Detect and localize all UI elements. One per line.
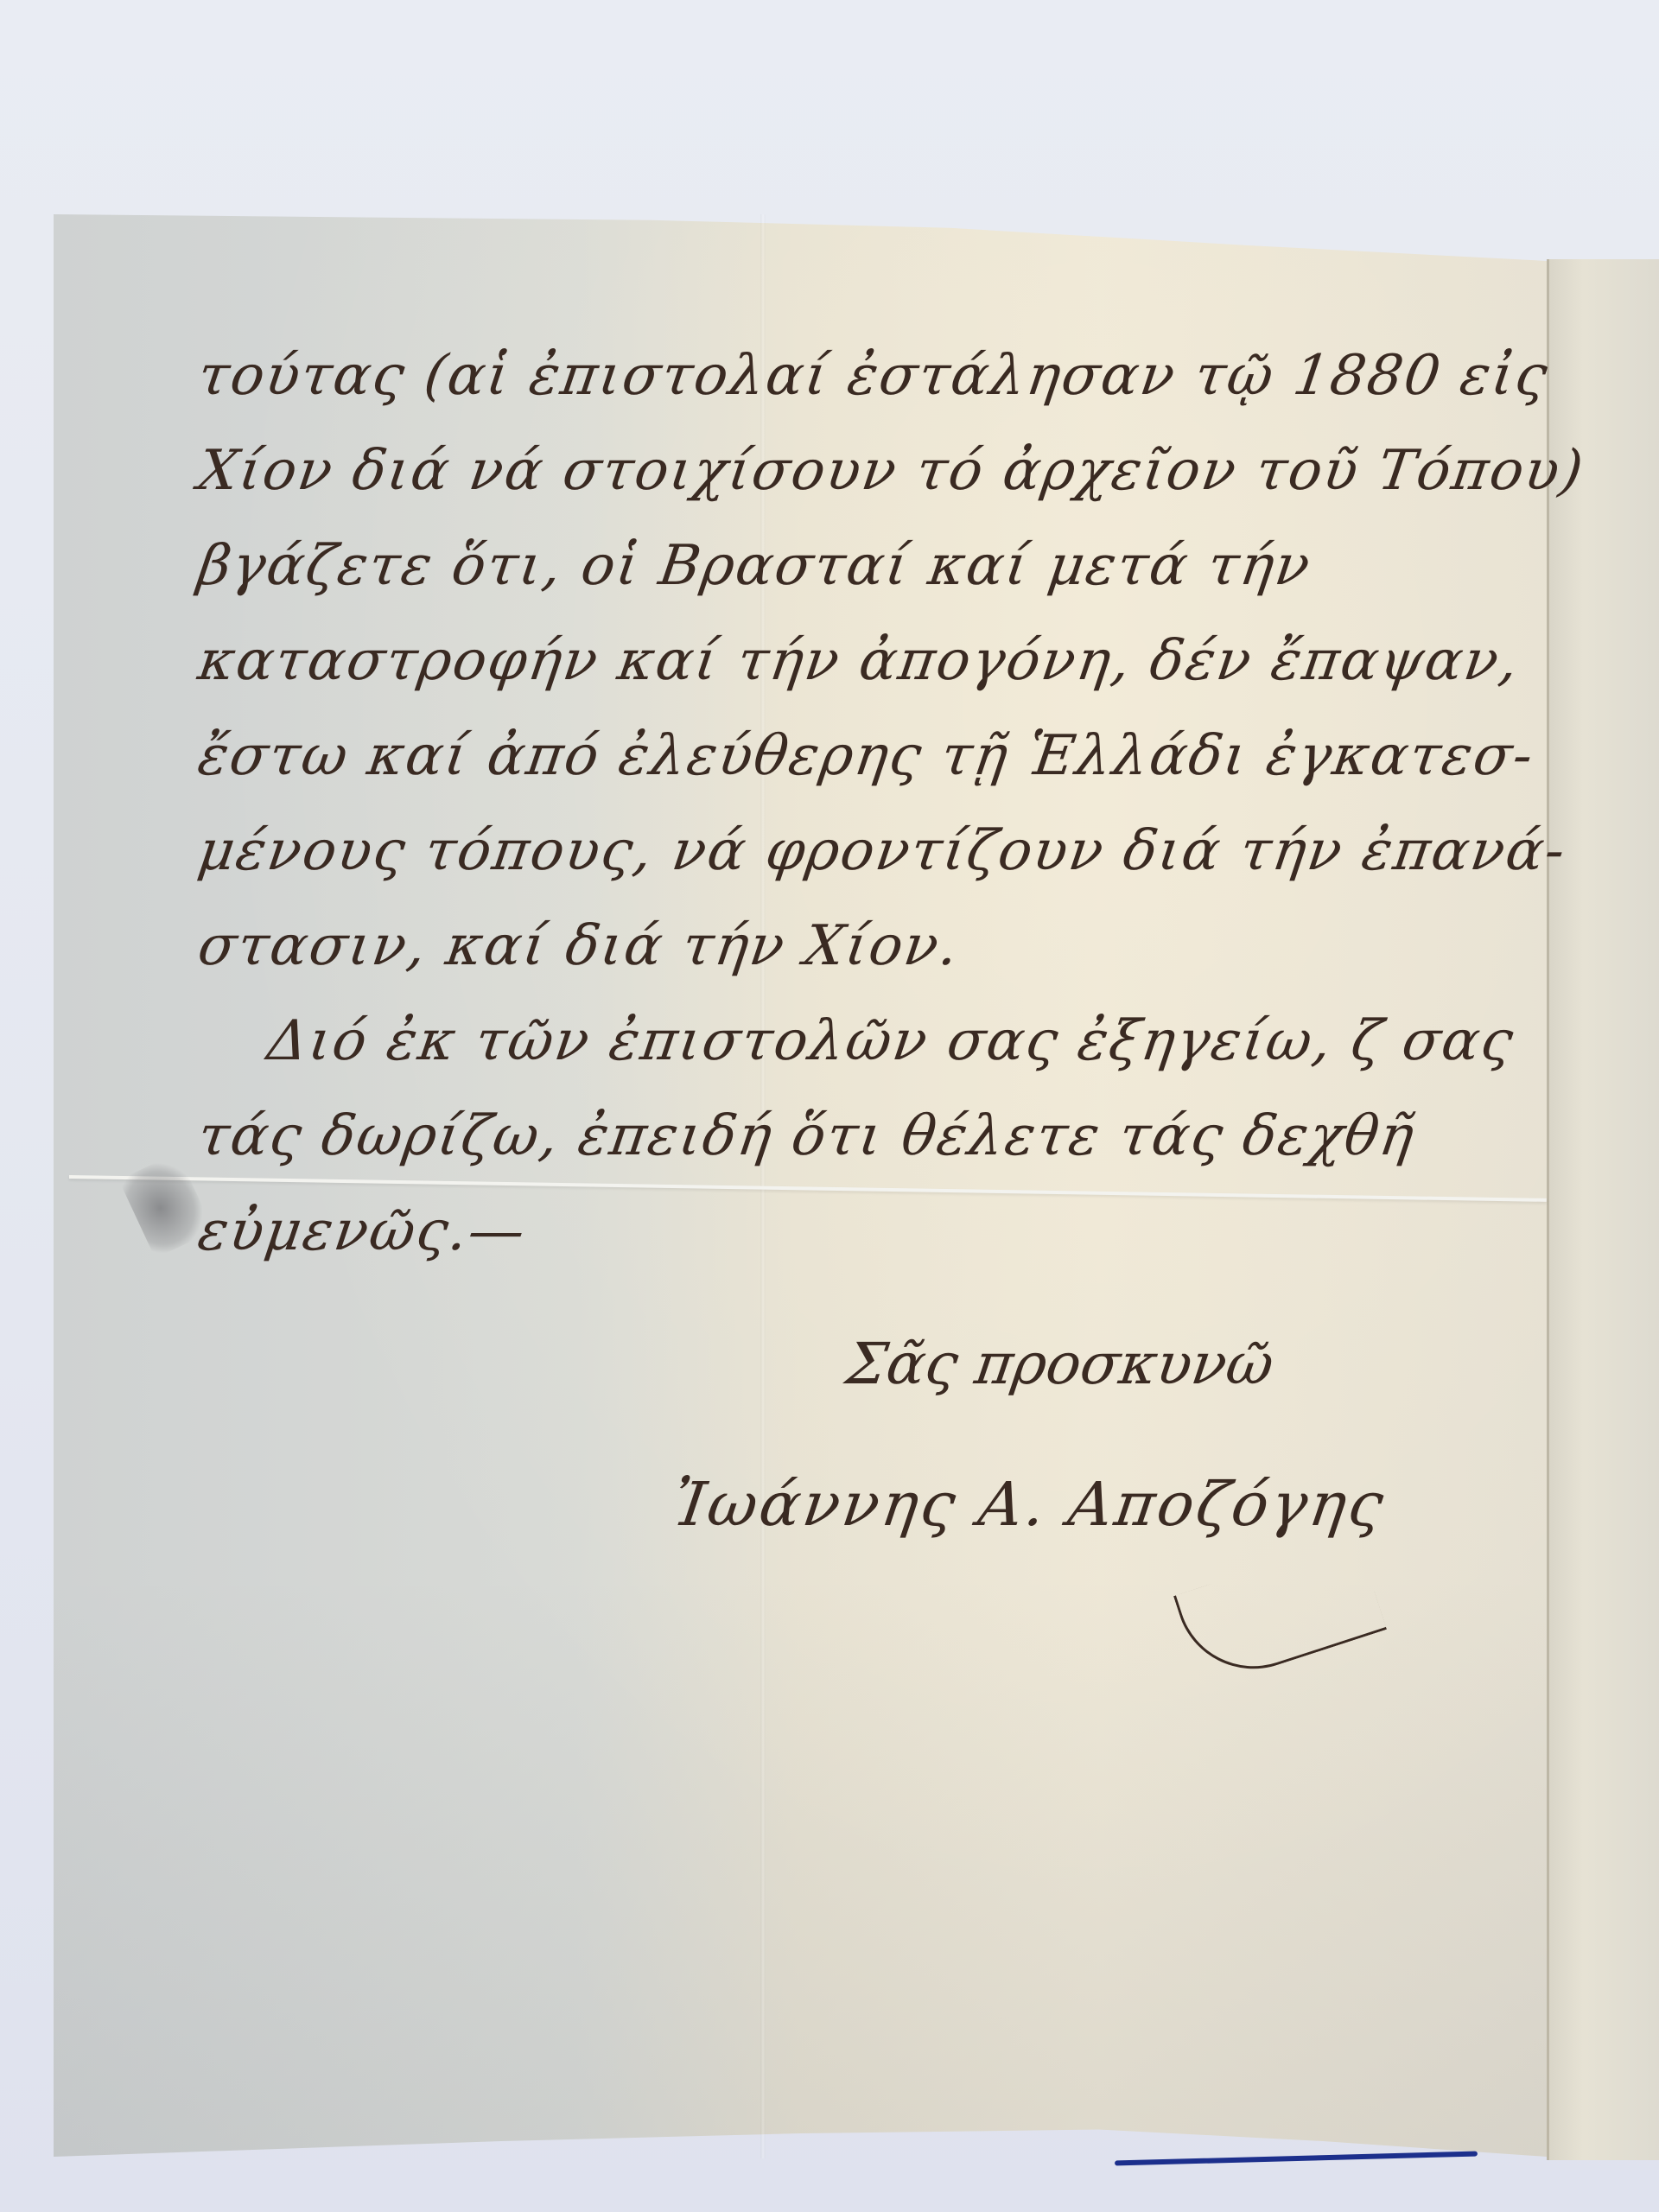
adjacent-page-edge	[1547, 259, 1659, 2160]
letter-line: βγάζετε ὅτι, οἱ Βρασταί καί μετά τήν	[192, 518, 1553, 613]
letter-body: τούτας (αἱ ἐπιστολαί ἐστάλησαν τῷ 1880 ε…	[199, 328, 1547, 1279]
letter-line: μένους τόπους, νά φροντίζουν διά τήν ἐπα…	[192, 804, 1553, 899]
letter-line: καταστροφήν καί τήν ἀπογόνη, δέν ἔπαψαν,	[192, 613, 1553, 709]
letter-line: εὐμενῶς.—	[192, 1184, 1553, 1279]
letter-line: τούτας (αἱ ἐπιστολαί ἐστάλησαν τῷ 1880 ε…	[192, 328, 1553, 423]
letter-line: Χίον διά νά στοιχίσουν τό ἀρχεῖον τοῦ Τό…	[192, 423, 1553, 518]
letter-line: τάς δωρίζω, ἐπειδή ὅτι θέλετε τάς δεχθῆ	[192, 1089, 1553, 1184]
signature: Ἰωάννης Α. Αποζόγης	[669, 1469, 1390, 1540]
letter-closing: Σᾶς προσκυνῶ	[842, 1331, 1278, 1397]
letter-line: στασιν, καί διά τήν Χίον.	[192, 899, 1553, 994]
letter-line: Διό ἐκ τῶν ἐπιστολῶν σας ἐξηγείω, ζ σας	[192, 994, 1553, 1089]
letter-line: ἔστω καί ἀπό ἐλεύθερης τῇ Ἑλλάδι ἐγκατεσ…	[192, 709, 1553, 804]
